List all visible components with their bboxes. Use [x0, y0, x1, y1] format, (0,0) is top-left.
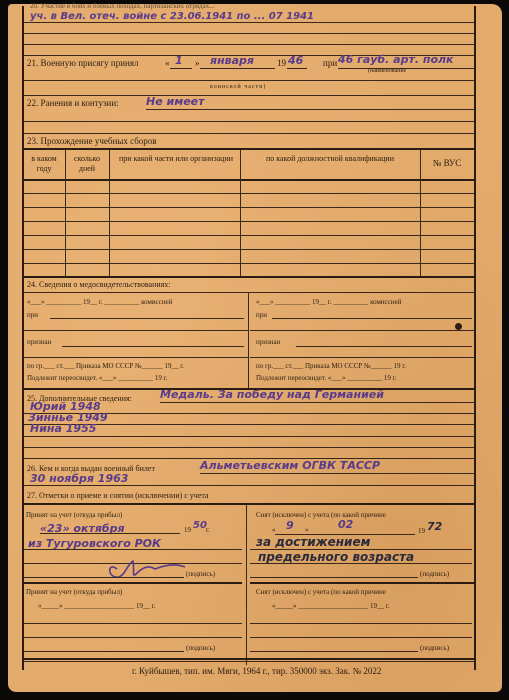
unreg-right-top-day: 9: [286, 519, 294, 532]
med-left-recheck: Подлежит переосвидет. «___» __________ 1…: [27, 374, 167, 382]
item20-handwritten: уч. в Вел. отеч. войне с 23.06.1941 по .…: [30, 11, 314, 22]
unreg-right-top-reason2: предельного возраста: [258, 550, 414, 564]
med-left-date: «___» __________ 19__ г. __________ коми…: [27, 298, 172, 306]
reg-left-top-year-prefix: 19: [184, 526, 191, 534]
reg-left-top-sign-label: (подпись): [186, 570, 215, 578]
extra-info-line4: Нина 1955: [30, 422, 96, 435]
oath-year: 46: [288, 54, 303, 67]
military-id-issuer: Альметьевским ОГВК ТАССР: [200, 459, 380, 472]
item22-label: 22. Ранения и контузии:: [27, 98, 119, 108]
reg-left-top-year: 50: [193, 520, 207, 531]
med-left-priznan: признан: [27, 338, 51, 346]
unreg-right-top-year-prefix: 19: [418, 527, 425, 535]
reg-left-bottom-sign-label: (подпись): [186, 644, 215, 652]
col-unit: при какой части или организации: [112, 154, 240, 164]
med-right-date: «___» __________ 19__ г. __________ коми…: [256, 298, 401, 306]
med-right-priznan: признан: [256, 338, 280, 346]
reg-left-top-heading: Принят на учет (откуда прибыл): [26, 511, 122, 519]
item20-partial-label: 20. Участие в боях и боевых походах, пар…: [30, 2, 214, 10]
col-days: сколько дней: [66, 154, 108, 174]
unreg-right-bottom-date: «_____» ____________________ 19__ г.: [272, 602, 390, 610]
military-id-date: 30 ноября 1963: [30, 472, 128, 485]
unreg-right-top-reason1: за достижением: [256, 535, 370, 549]
unreg-right-top-heading: Снят (исключен) с учета (по какой причин…: [256, 511, 386, 519]
line: [24, 44, 474, 45]
line: [24, 22, 474, 23]
col-vus: № ВУС: [420, 158, 474, 168]
item23-label: 23. Прохождение учебных сборов: [27, 136, 157, 146]
reg-left-bottom-date: «_____» ____________________ 19__ г.: [38, 602, 156, 610]
oath-month: января: [210, 54, 254, 67]
unreg-right-top-sign-label: (подпись): [420, 570, 449, 578]
ink-spot: [455, 323, 462, 330]
item27-label: 27. Отметки о приеме и снятии (исключени…: [27, 491, 209, 500]
frame-left-border: [22, 6, 24, 670]
extra-info-line1: Медаль. За победу над Германией: [160, 388, 384, 401]
line: [24, 33, 474, 34]
oath-year-prefix: 19: [277, 58, 286, 68]
item21-label: 21. Военную присягу принял: [27, 58, 139, 68]
med-right-order: по гр.___ ст.___ Приказа МО СССР №______…: [256, 362, 406, 370]
frame-right-border: [474, 6, 476, 670]
med-left-order: по гр.___ ст.___ Приказа МО СССР №______…: [27, 362, 184, 370]
col-year: в каком году: [24, 154, 64, 174]
unreg-right-bottom-sign-label: (подпись): [420, 644, 449, 652]
med-right-pri: при: [256, 311, 267, 319]
wounds-value: Не имеет: [146, 95, 205, 108]
reg-left-top-year-suffix: г.: [206, 526, 210, 534]
printer-imprint: г. Куйбышев, тип. им. Мяги, 1964 г., тир…: [132, 666, 381, 676]
med-left-pri: при: [27, 311, 38, 319]
item24-label: 24. Сведения о медосвидетельствованиях:: [27, 280, 171, 289]
med-right-recheck: Подлежит переосвидет. «___» __________ 1…: [256, 374, 396, 382]
reg-left-bottom-heading: Принят на учет (откуда прибыл): [26, 588, 122, 596]
unreg-right-top-year: 72: [427, 520, 442, 533]
col-qualification: по какой должностной квалификации: [242, 154, 418, 164]
oath-at-label: при: [323, 58, 337, 68]
oath-unit: 46 гауб. арт. полк: [338, 53, 454, 66]
unit-caption: воинской части): [210, 84, 266, 90]
unreg-right-top-month: 02: [338, 518, 353, 531]
unit-name-caption: (наименование: [368, 68, 406, 74]
unreg-right-bottom-heading: Снят (исключен) с учета (по какой причин…: [256, 588, 386, 596]
oath-day: 1: [175, 54, 183, 67]
